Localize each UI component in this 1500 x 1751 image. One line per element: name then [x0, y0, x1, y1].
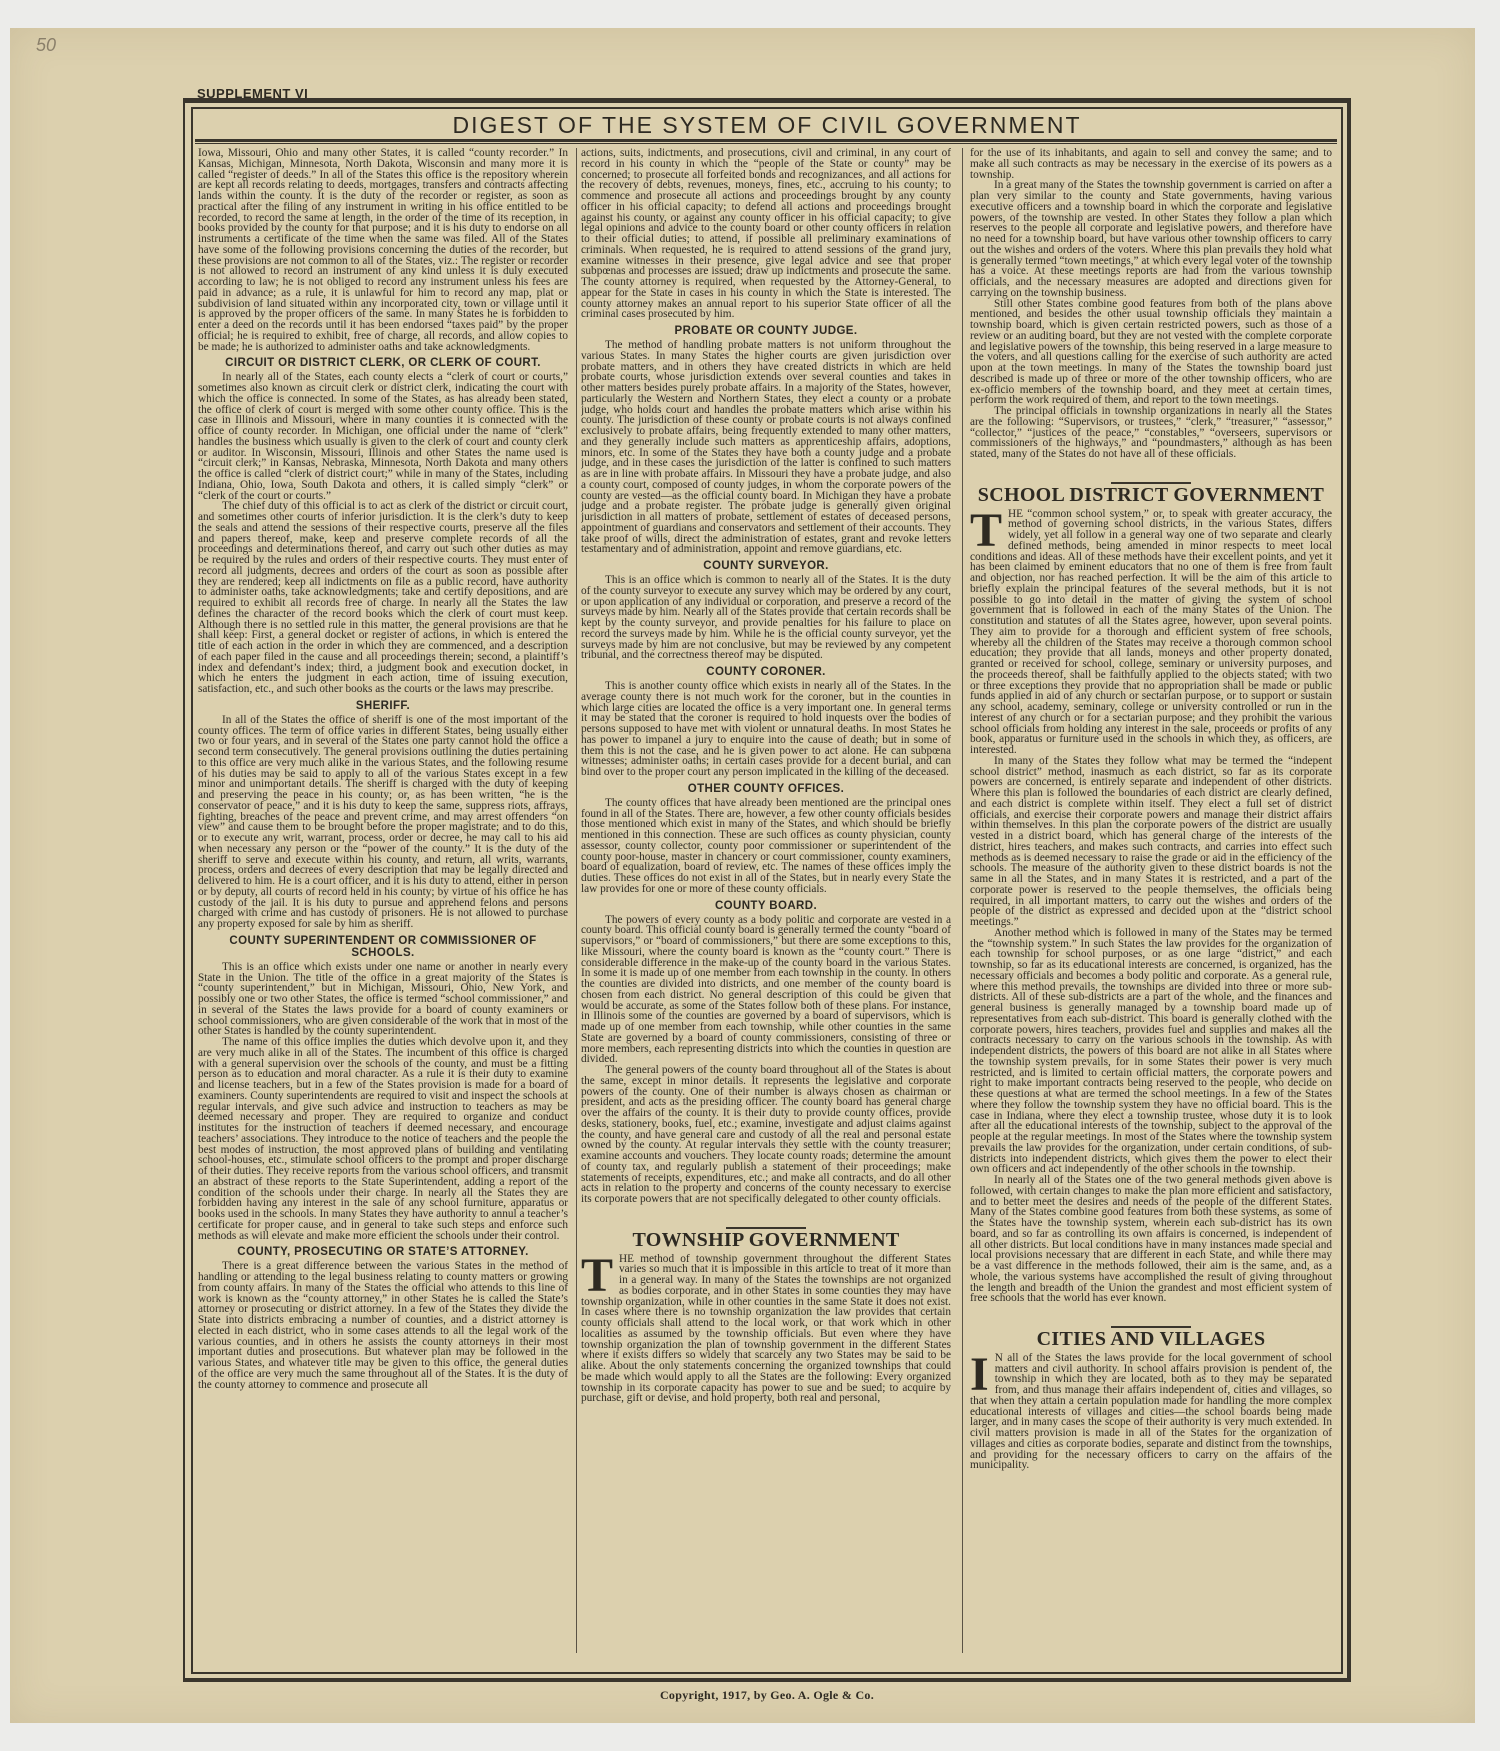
- section-heading-probate: PROBATE OR COUNTY JUDGE.: [581, 325, 951, 337]
- section-heading-sheriff: SHERIFF.: [198, 700, 568, 712]
- paragraph: The principal officials in township orga…: [970, 406, 1332, 460]
- feature-heading-township: TOWNSHIP GOVERNMENT: [581, 1235, 951, 1246]
- column-divider: [576, 148, 577, 1653]
- drop-cap: T: [970, 511, 1002, 551]
- paragraph: In nearly all of the States, each county…: [198, 372, 568, 501]
- section-heading-clerk: CIRCUIT OR DISTRICT CLERK, OR CLERK OF C…: [198, 357, 568, 369]
- section-heading-county-board: COUNTY BOARD.: [581, 900, 951, 912]
- column-middle: actions, suits, indictments, and prosecu…: [581, 148, 951, 1663]
- paragraph: In a great many of the States the townsh…: [970, 180, 1332, 298]
- section-heading-coroner: COUNTY CORONER.: [581, 666, 951, 678]
- feature-paragraph: THE “common school system,” or, to speak…: [970, 509, 1332, 756]
- column-divider: [962, 148, 963, 1653]
- paragraph: In all of the States the office of sheri…: [198, 715, 568, 930]
- paragraph: In many of the States they follow what m…: [970, 756, 1332, 928]
- paragraph: Another method which is followed in many…: [970, 928, 1332, 1175]
- paragraph: The powers of every county as a body pol…: [581, 915, 951, 1066]
- section-heading-attorney: COUNTY, PROSECUTING OR STATE’S ATTORNEY.: [198, 1246, 568, 1258]
- intro-paragraph: Iowa, Missouri, Ohio and many other Stat…: [198, 148, 568, 352]
- paragraph: Still other States combine good features…: [970, 299, 1332, 407]
- paragraph: This is an office which exists under one…: [198, 962, 568, 1037]
- paragraph: This is another county office which exis…: [581, 681, 951, 778]
- drop-cap: T: [581, 1256, 613, 1296]
- section-heading-other-offices: OTHER COUNTY OFFICES.: [581, 783, 951, 795]
- continued-paragraph: for the use of its inhabitants, and agai…: [970, 148, 1332, 180]
- paragraph: The name of this office implies the duti…: [198, 1037, 568, 1241]
- section-heading-superintendent: COUNTY SUPERINTENDENT OR COMMISSIONER OF…: [198, 935, 568, 959]
- feature-paragraph: THE method of township government throug…: [581, 1254, 951, 1405]
- feature-text: N all of the States the laws provide for…: [970, 1352, 1332, 1472]
- feature-paragraph: IN all of the States the laws provide fo…: [970, 1353, 1332, 1471]
- feature-heading-cities: CITIES AND VILLAGES: [970, 1334, 1332, 1345]
- paragraph: The county offices that have already bee…: [581, 798, 951, 895]
- paragraph: The general powers of the county board t…: [581, 1065, 951, 1205]
- section-heading-surveyor: COUNTY SURVEYOR.: [581, 560, 951, 572]
- column-right: for the use of its inhabitants, and agai…: [970, 148, 1332, 1663]
- continued-paragraph: actions, suits, indictments, and prosecu…: [581, 148, 951, 320]
- column-left: Iowa, Missouri, Ohio and many other Stat…: [198, 148, 568, 1663]
- feature-text: HE method of township government through…: [581, 1253, 951, 1405]
- paragraph: There is a great difference between the …: [198, 1261, 568, 1390]
- title-rule: [195, 139, 1337, 144]
- page-title: DIGEST OF THE SYSTEM OF CIVIL GOVERNMENT: [191, 112, 1343, 139]
- handwritten-page-number: 50: [36, 35, 56, 56]
- paragraph: The method of handling probate matters i…: [581, 340, 951, 555]
- paragraph: This is an office which is common to nea…: [581, 575, 951, 661]
- feature-heading-school: SCHOOL DISTRICT GOVERNMENT: [970, 490, 1332, 501]
- feature-text: HE “common school system,” or, to speak …: [970, 508, 1332, 757]
- drop-cap: I: [970, 1355, 989, 1395]
- copyright-notice: Copyright, 1917, by Geo. A. Ogle & Co.: [191, 1688, 1343, 1703]
- paragraph: In nearly all of the States one of the t…: [970, 1175, 1332, 1304]
- paragraph: The chief duty of this official is to ac…: [198, 501, 568, 695]
